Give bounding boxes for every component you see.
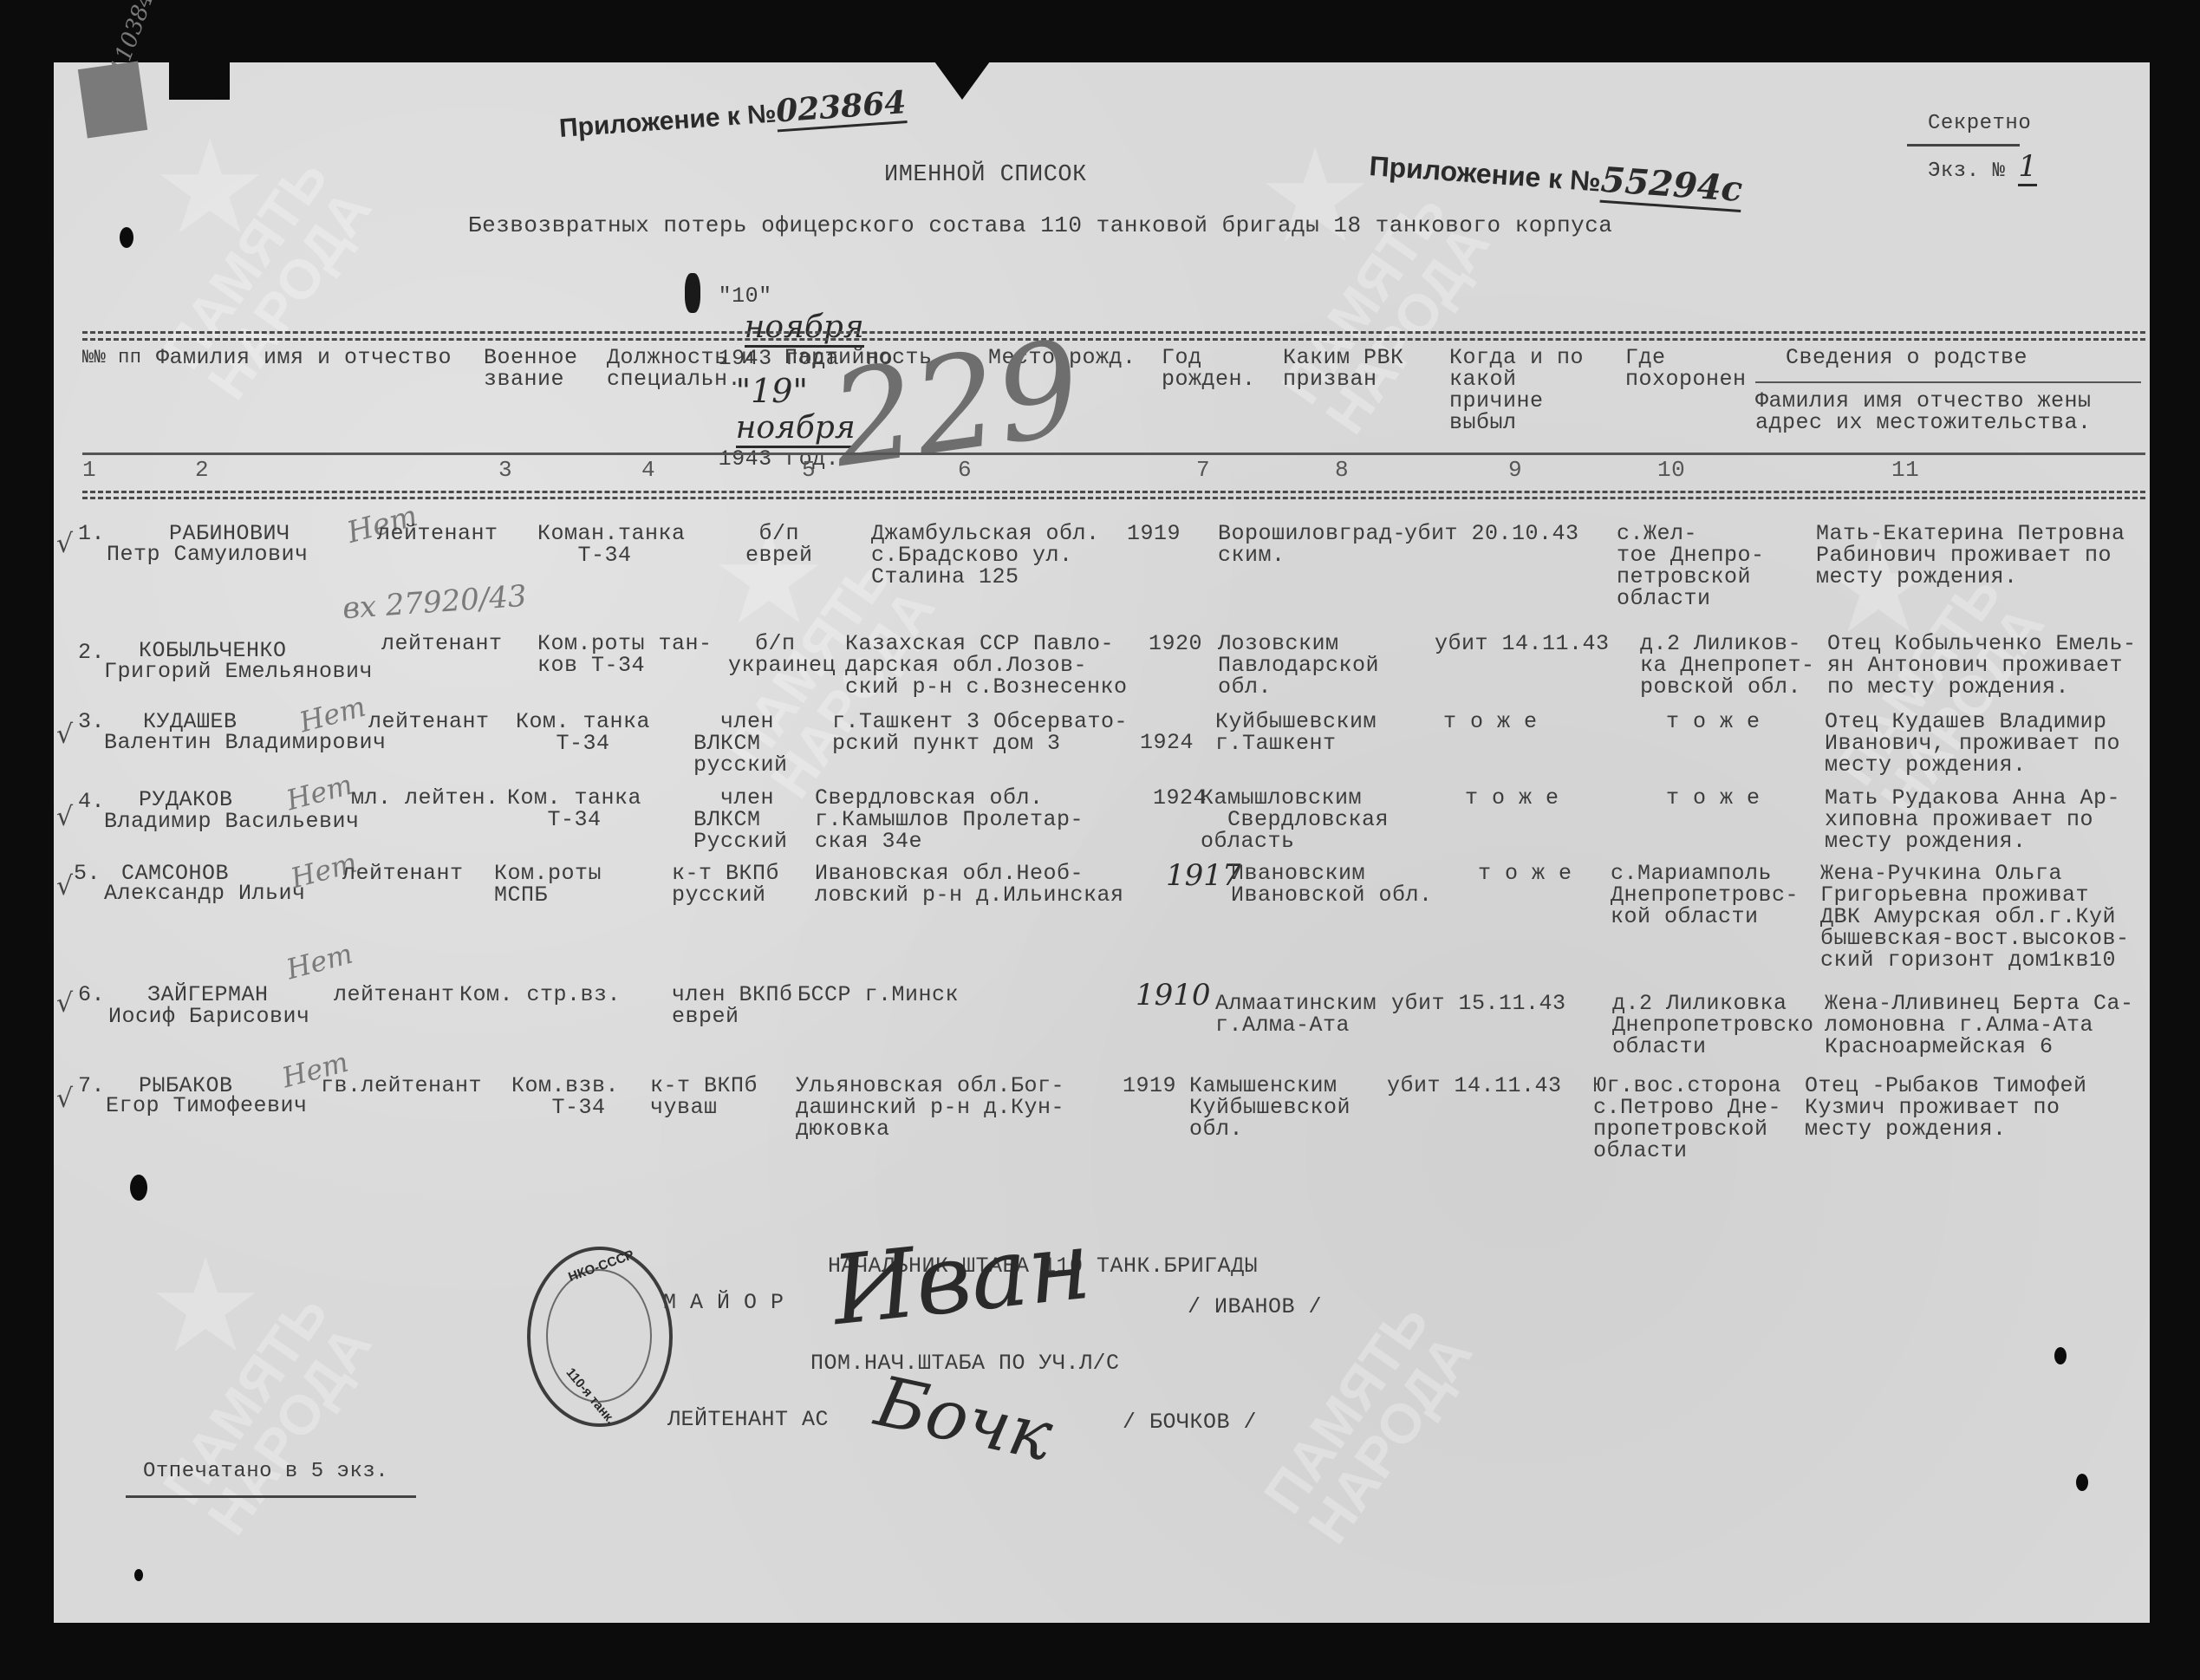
column-number: 7 <box>1196 459 1210 481</box>
check-mark-icon: √ <box>56 988 73 1019</box>
position: Ком.роты тан- ков Т-34 <box>537 633 713 676</box>
burial-place: Юг.вос.сторона с.Петрово Дне- пропетровс… <box>1593 1075 1781 1162</box>
column-number: 10 <box>1657 459 1685 481</box>
column-header-1: №№ пп <box>82 347 142 368</box>
position: Ком. танка Т-34 <box>516 711 650 754</box>
party: б/п украинец <box>728 633 836 676</box>
party: б/п еврей <box>745 523 813 566</box>
column-number: 6 <box>958 459 972 481</box>
birth-year: 1917 <box>1166 858 1241 893</box>
given-names: Владимир Васильевич <box>104 811 360 832</box>
birth-year: 1920 <box>1149 633 1202 654</box>
hole <box>130 1175 147 1201</box>
column-header-2: Фамилия имя и отчество <box>156 347 452 368</box>
party: член ВКПб еврей <box>672 984 793 1027</box>
rvk: Камышловским Свердловская область <box>1201 787 1389 852</box>
position: Ком.взв. Т-34 <box>511 1075 619 1118</box>
torn-edge <box>169 52 230 100</box>
position: Ком.роты МСПБ <box>494 863 602 906</box>
birth-year: 1919 <box>1123 1075 1176 1097</box>
row-number: 7. <box>78 1075 105 1097</box>
relatives: Отец -Рыбаков Тимофей Кузмич проживает п… <box>1805 1075 2087 1140</box>
rank: лейтенант <box>368 711 490 733</box>
departure: т о ж е <box>1478 863 1572 884</box>
column-number: 1 <box>82 459 96 481</box>
hole <box>120 227 133 248</box>
official-seal: НКО-СССР 110-я танк. <box>527 1247 673 1427</box>
relatives: Отец Кудашев Владимир Иванович, проживае… <box>1825 711 2120 776</box>
given-names: Петр Самуилович <box>107 544 309 565</box>
divider <box>82 491 2145 493</box>
hole <box>2054 1347 2067 1364</box>
row-number: 5. <box>74 863 101 884</box>
divider <box>1755 381 2141 383</box>
divider <box>1907 144 2020 147</box>
birthplace: Свердловская обл. г.Камышлов Пролетар- с… <box>815 787 1084 852</box>
column-header-9: Когда и по какой причине выбыл <box>1449 347 1605 433</box>
relatives: Мать Рудакова Анна Ар- хиповна проживает… <box>1825 787 2120 852</box>
birthplace: БССР г.Минск <box>797 984 959 1006</box>
copy-number: Экз. № 1 <box>1928 156 2037 182</box>
position: Ком. стр.вз. <box>459 984 621 1006</box>
burial-place: с.Жел- тое Днепро- петровской области <box>1617 523 1765 609</box>
row-number: 1. <box>78 523 105 544</box>
column-header-10: Где похоронен <box>1625 347 1738 390</box>
column-number: 3 <box>498 459 512 481</box>
page-title: ИМЕННОЙ СПИСОК <box>884 165 1087 186</box>
burial-place: д.2 Лиликов- ка Днепропет- ровской обл. <box>1640 633 1815 698</box>
rank: лейтенант <box>342 863 464 884</box>
given-names: Григорий Емельянович <box>104 661 373 682</box>
birthplace: Ивановская обл.Необ- ловский р-н д.Ильин… <box>815 863 1124 906</box>
departure: убит 14.11.43 <box>1387 1075 1562 1097</box>
rank: лейтенант <box>334 984 455 1006</box>
row-number: 6. <box>78 984 105 1006</box>
ink-blot <box>685 273 700 313</box>
birthplace: Ульяновская обл.Бог- дашинский р-н д.Кун… <box>796 1075 1064 1140</box>
row-number: 2. <box>78 641 105 663</box>
rvk: Куйбышевским г.Ташкент <box>1215 711 1377 754</box>
position: Коман.танка Т-34 <box>537 523 686 566</box>
rank: лейтенант <box>377 523 498 544</box>
check-mark-icon: √ <box>56 529 73 559</box>
given-names: Александр Ильич <box>104 882 306 904</box>
rvk: Лозовским Павлодарской обл. <box>1218 633 1379 698</box>
rank: гв.лейтенант <box>321 1075 482 1097</box>
relatives: Мать-Екатерина Петровна Рабинович прожив… <box>1816 523 2125 588</box>
row-number: 4. <box>78 791 105 812</box>
rank: мл. лейтен. <box>351 787 499 809</box>
rvk: Камышенским Куйбышевской обл. <box>1189 1075 1351 1140</box>
given-names: Егор Тимофеевич <box>106 1095 308 1117</box>
assistant-rank: ЛЕЙТЕНАНТ АС <box>667 1409 829 1430</box>
rvk: Ивановским Ивановской обл. <box>1231 863 1433 906</box>
surname: ЗАЙГЕРМАН <box>147 984 269 1006</box>
divider <box>82 331 2145 334</box>
relatives: Отец Кобыльченко Емель- ян Антонович про… <box>1827 633 2137 698</box>
column-header-8: Каким РВК призван <box>1283 347 1422 390</box>
check-mark-icon: √ <box>56 871 73 902</box>
party: член ВЛКСМ Русский <box>693 787 788 852</box>
secrecy-label: Секретно <box>1928 113 2031 134</box>
departure: убит 14.11.43 <box>1435 633 1610 654</box>
birth-year: 1924 <box>1153 787 1207 809</box>
given-names: Иосиф Барисович <box>108 1006 310 1027</box>
chief-rank: М А Й О Р <box>663 1292 784 1313</box>
hole <box>2076 1474 2088 1491</box>
rank: лейтенант <box>381 633 503 654</box>
burial-place: с.Мариамполь Днепропетровс- кой области <box>1611 863 1799 928</box>
chief-name: / ИВАНОВ / <box>1188 1296 1322 1318</box>
column-number: 8 <box>1335 459 1349 481</box>
column-header-11-sub: Фамилия имя отчество жены адрес их место… <box>1755 390 2145 433</box>
departure: т о ж е <box>1465 787 1559 809</box>
hole <box>134 1569 143 1581</box>
surname: РУДАКОВ <box>139 789 233 811</box>
assistant-name: / БОЧКОВ / <box>1123 1411 1257 1433</box>
divider <box>82 453 2145 455</box>
column-number: 5 <box>802 459 816 481</box>
page-subtitle: Безвозвратных потерь офицерского состава… <box>468 215 1612 237</box>
departure: т о ж е <box>1443 711 1538 733</box>
relatives: Жена-Ручкина Ольга Григорьевна проживат … <box>1820 863 2130 971</box>
check-mark-icon: √ <box>56 1084 73 1114</box>
printed-copies-note: Отпечатано в 5 экз. <box>143 1461 388 1482</box>
column-number: 11 <box>1891 459 1919 481</box>
departure: убит 15.11.43 <box>1391 993 1566 1014</box>
relatives: Жена-Лливинец Берта Са- ломоновна г.Алма… <box>1825 993 2134 1058</box>
row-number: 3. <box>78 711 105 733</box>
seal-emblem <box>546 1269 652 1403</box>
column-number: 2 <box>195 459 209 481</box>
watermark-star-icon: ★ <box>1257 121 1373 272</box>
burial-place: т о ж е <box>1666 711 1761 733</box>
position: Ком. танка Т-34 <box>507 787 641 830</box>
column-number: 9 <box>1508 459 1522 481</box>
birthplace: Казахская ССР Павло- дарская обл.Лозов- … <box>845 633 1128 698</box>
rvk: Ворошиловград- ским. <box>1218 523 1406 566</box>
birth-year: 1910 <box>1136 978 1211 1013</box>
check-mark-icon: √ <box>56 720 73 750</box>
birth-year: 1919 <box>1127 523 1181 544</box>
birth-year: 1924 <box>1140 732 1194 753</box>
party: к-т ВКПб чуваш <box>650 1075 758 1118</box>
column-header-7: Год рожден. <box>1162 347 1257 390</box>
divider <box>82 338 2145 341</box>
party: к-т ВКПб русский <box>672 863 779 906</box>
given-names: Валентин Владимирович <box>104 732 387 753</box>
column-header-4: Должность и специальн. <box>607 347 780 390</box>
column-header-3: Военное звание <box>484 347 596 390</box>
divider <box>126 1495 416 1498</box>
check-mark-icon: √ <box>56 802 73 832</box>
birthplace: г.Ташкент 3 Обсервато- рский пункт дом 3 <box>832 711 1128 754</box>
column-number: 4 <box>641 459 655 481</box>
column-header-11: Сведения о родстве <box>1786 347 2028 368</box>
divider <box>82 497 2145 499</box>
burial-place: д.2 Лиликовка Днепропетровско области <box>1612 993 1814 1058</box>
rvk: Алмаатинским г.Алма-Ата <box>1215 993 1377 1036</box>
burial-place: т о ж е <box>1666 787 1761 809</box>
party: член ВЛКСМ русский <box>693 711 788 776</box>
birthplace: Джамбульская обл. с.Брадсково ул. Сталин… <box>871 523 1100 588</box>
assistant-title: ПОМ.НАЧ.ШТАБА ПО УЧ.Л/С <box>810 1352 1120 1374</box>
departure: убит 20.10.43 <box>1404 523 1579 544</box>
